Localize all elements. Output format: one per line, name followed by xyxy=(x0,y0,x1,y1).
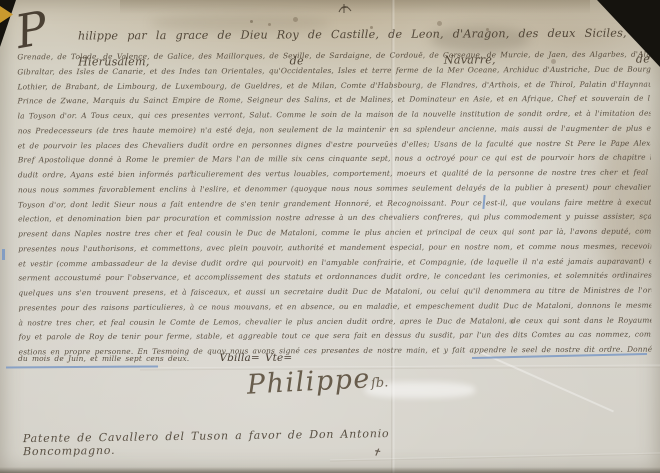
closing-line-text: du mois de Juin, et mille sept cens deux… xyxy=(18,354,189,363)
photograph-of-manuscript: { "page": { "background_color": "#15130e… xyxy=(0,0,660,473)
horizontal-fold-crease xyxy=(140,365,660,371)
blue-pencil-tick-margin xyxy=(2,249,5,260)
cross-squiggle-icon xyxy=(336,3,354,15)
manuscript-body: Grenade, de Tolede, de Valence, de Galic… xyxy=(17,48,651,361)
illuminated-initial-P: P xyxy=(13,7,51,52)
diagonal-fold-crease xyxy=(476,350,614,413)
royal-signature: Philippeſb. xyxy=(242,362,394,420)
docket-flourish-mark: ✝ xyxy=(371,447,387,461)
blue-pencil-underline-year xyxy=(6,365,158,368)
bottom-edge-shadow xyxy=(0,467,660,473)
archival-top-mark xyxy=(336,0,354,12)
signature-name: Philippe xyxy=(246,363,371,400)
archival-docket-note: Patente de Cavallero del Tuson a favor d… xyxy=(23,426,473,458)
top-edge-shadow xyxy=(120,0,590,14)
signature-paraph: ſb. xyxy=(371,375,389,391)
parchment-sheet: P hilippe par la grace de Dieu Roy de Ca… xyxy=(0,0,660,473)
secretary-countersign: Vbilla= Vte= xyxy=(219,352,292,364)
